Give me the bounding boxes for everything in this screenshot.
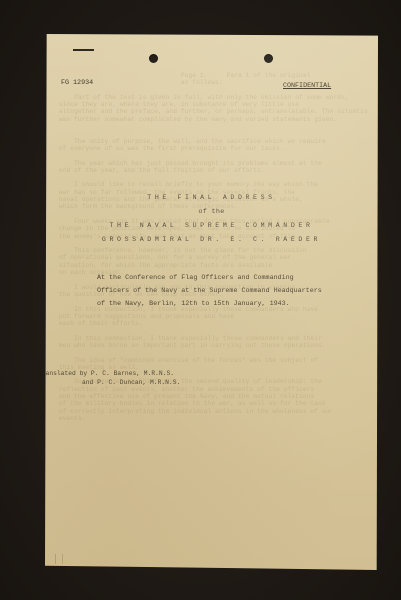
occasion-line-2: Officers of the Navy at the Supreme Comm… — [97, 287, 322, 295]
title-line-1: THE FINAL ADDRESS — [45, 194, 378, 201]
occasion-line-1: At the Conference of Flag Officers and C… — [97, 274, 294, 282]
occasion-line-3: of the Navy, Berlin, 12th to 15th Januar… — [97, 300, 290, 308]
punch-hole-right — [264, 54, 273, 63]
paper-crease — [55, 554, 63, 564]
title-line-2: of the — [45, 208, 378, 216]
margin-mark — [73, 49, 94, 51]
translators-line-1: Translated by P. C. Barnes, M.R.N.S. — [38, 370, 174, 377]
translators-line-2: and P. C. Duncan, M.R.N.S. — [38, 379, 180, 386]
document-page: Page 1. Para 1 of the original as follow… — [45, 34, 378, 570]
title-line-4: GROSSADMIRAL DR. E. C. RAEDER — [45, 236, 378, 243]
title-line-3: THE NAVAL SUPREME COMMANDER — [45, 222, 378, 229]
occasion-block: At the Conference of Flag Officers and C… — [97, 272, 322, 311]
classification-label: CONFIDENTIAL — [283, 82, 331, 90]
punch-hole-left — [149, 54, 158, 63]
reference-number: FG 12934 — [61, 79, 93, 87]
translators-block: Translated by P. C. Barnes, M.R.N.S. and… — [38, 370, 180, 387]
